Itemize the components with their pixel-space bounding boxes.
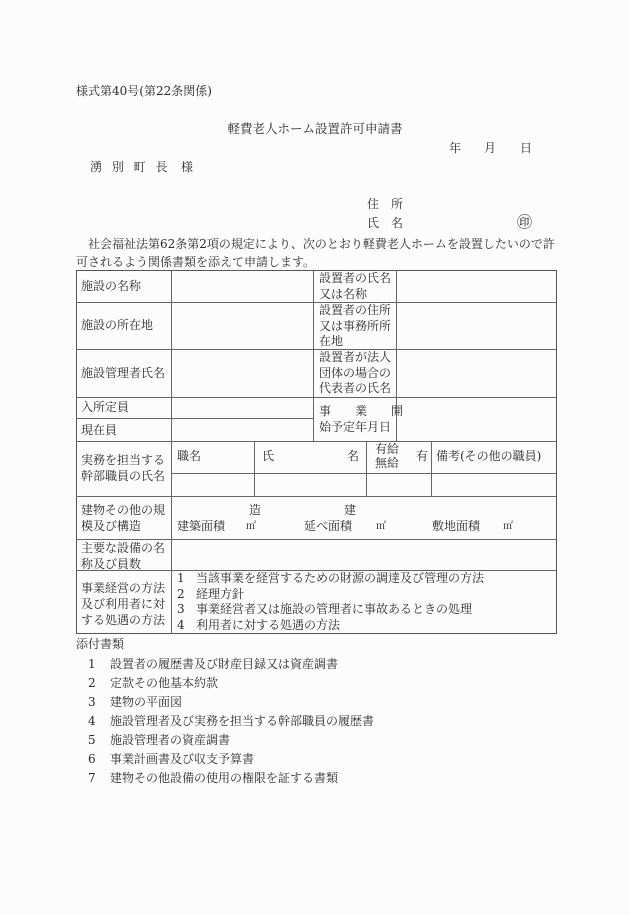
start-date-field[interactable] (397, 398, 555, 440)
label-line: 始予定年月日 (319, 420, 403, 436)
label-line: 代表者の氏名 (319, 381, 391, 397)
attachment-item: 7建物その他設備の使用の権限を証する書類 (88, 771, 338, 785)
representative-label: 設置者が法人 団体の場合の 代表者の氏名 (319, 350, 391, 397)
attachment-item: 1設置者の履歴書及び財産目録又は資産調書 (88, 657, 338, 671)
facility-location-label: 施設の所在地 (81, 318, 153, 334)
equipment-label: 主要な設備の名 称及び員数 (81, 541, 165, 572)
staff-has-header: 有 (416, 449, 428, 465)
item-number: 3 (88, 695, 110, 709)
management-item: 4利用者に対する処遇の方法 (177, 618, 484, 634)
label-line: する処遇の方法 (81, 612, 165, 628)
founder-address-field[interactable] (397, 303, 555, 348)
label-line: 主要な設備の名 (81, 541, 165, 557)
item-number: 7 (88, 771, 110, 785)
unpaid-label: 無給 (375, 456, 399, 470)
label-line: 称及び員数 (81, 557, 165, 573)
manager-name-field[interactable] (172, 350, 312, 396)
founder-name-label: 設置者の氏名 又は名称 (319, 271, 391, 302)
label-line: 模及び構造 (81, 519, 165, 535)
label-line: 事業経営の方法 (81, 580, 165, 596)
staff-title-field[interactable] (172, 474, 253, 495)
management-item: 1当該事業を経営するための財源の調達及び管理の方法 (177, 571, 484, 587)
label-line: 幹部職員の氏名 (81, 469, 165, 485)
item-number: 2 (177, 587, 196, 603)
attachments-heading: 添付書類 (76, 637, 124, 651)
facility-name-label: 施設の名称 (81, 279, 141, 295)
management-label: 事業経営の方法 及び利用者に対 する処遇の方法 (81, 580, 165, 628)
item-number: 6 (88, 752, 110, 766)
staff-remarks-header: 備考(その他の職員) (436, 449, 541, 465)
capacity-label: 入所定員 (81, 400, 129, 416)
current-residents-label: 現在員 (81, 423, 117, 439)
floor-area-label: 延べ面積 (304, 519, 352, 535)
representative-field[interactable] (397, 350, 555, 396)
site-area-unit: ㎡ (503, 519, 513, 535)
item-number: 3 (177, 602, 196, 618)
item-text: 施設管理者の資産調書 (110, 733, 230, 747)
item-text: 事業経営者又は施設の管理者に事故あるときの処理 (196, 602, 472, 616)
staff-paid-field[interactable] (367, 474, 430, 495)
staff-paid-header: 有給 無給 (375, 442, 399, 470)
form-number: 様式第40号(第22条関係) (76, 84, 212, 98)
item-text: 当該事業を経営するための財源の調達及び管理の方法 (196, 571, 484, 585)
date-day-label: 日 (520, 141, 532, 155)
date-year-label: 年 (449, 141, 461, 155)
founder-name-field[interactable] (397, 271, 555, 301)
label-line: 団体の場合の (319, 366, 391, 382)
document-title: 軽費老人ホーム設置許可申請書 (0, 122, 630, 136)
floor-area-unit: ㎡ (376, 519, 386, 535)
staff-name-field[interactable] (255, 474, 365, 495)
label-line: 建物その他の規 (81, 503, 165, 519)
building-area-unit: ㎡ (246, 519, 256, 535)
management-list: 1当該事業を経営するための財源の調達及び管理の方法 2経理方針 3事業経営者又は… (177, 571, 484, 633)
item-text: 定款その他基本約款 (110, 676, 218, 690)
label-line: 及び利用者に対 (81, 596, 165, 612)
staff-name-header-first: 氏 (262, 449, 274, 465)
label-line: 実務を担当する (81, 453, 165, 469)
staff-label: 実務を担当する 幹部職員の氏名 (81, 453, 165, 484)
label-line: 又は名称 (319, 287, 391, 303)
label-line: 設置者の氏名 (319, 271, 391, 287)
application-statement: 社会福祉法第62条第2項の規定により、次のとおり軽費老人ホームを設置したいので許… (76, 235, 556, 271)
building-area-label: 建築面積 (177, 519, 225, 535)
paid-label: 有給 (375, 442, 399, 456)
item-number: 2 (88, 676, 110, 690)
label-line: 事 業 開 (319, 404, 403, 420)
label-line: 在地 (319, 334, 391, 350)
label-line: 設置者が法人 (319, 350, 391, 366)
row-divider (76, 496, 557, 497)
item-number: 5 (88, 733, 110, 747)
item-text: 建物その他設備の使用の権限を証する書類 (110, 771, 338, 785)
applicant-name-label: 氏 名 (367, 216, 403, 230)
site-area-label: 敷地面積 (432, 519, 480, 535)
item-number: 4 (177, 618, 196, 634)
structure-label: 造 (249, 503, 261, 519)
staff-remarks-field[interactable] (432, 474, 555, 495)
seal-icon: ㊞ (517, 215, 532, 230)
item-number: 1 (88, 657, 110, 671)
facility-name-field[interactable] (172, 271, 312, 301)
item-text: 施設管理者及び実務を担当する幹部職員の履歴書 (110, 714, 374, 728)
founder-address-label: 設置者の住所 又は事務所所 在地 (319, 303, 391, 350)
item-text: 建物の平面図 (110, 695, 182, 709)
attachment-item: 5施設管理者の資産調書 (88, 733, 230, 747)
attachment-item: 2定款その他基本約款 (88, 676, 218, 690)
start-date-label: 事 業 開 始予定年月日 (319, 404, 403, 435)
management-item: 3事業経営者又は施設の管理者に事故あるときの処理 (177, 602, 484, 618)
capacity-field[interactable] (172, 398, 312, 417)
staff-title-header: 職名 (177, 449, 201, 465)
current-residents-field[interactable] (172, 419, 312, 440)
manager-name-label: 施設管理者氏名 (81, 366, 165, 382)
row-divider (76, 441, 557, 442)
management-item: 2経理方針 (177, 587, 484, 603)
equipment-field[interactable] (172, 540, 555, 569)
attachment-item: 3建物の平面図 (88, 695, 182, 709)
addressee: 湧 別 町 長 (90, 160, 170, 174)
item-number: 4 (88, 714, 110, 728)
applicant-address-label: 住 所 (367, 197, 403, 211)
building-label: 建物その他の規 模及び構造 (81, 503, 165, 534)
facility-location-field[interactable] (172, 303, 312, 348)
item-number: 1 (177, 571, 196, 587)
attachment-item: 4施設管理者及び実務を担当する幹部職員の履歴書 (88, 714, 374, 728)
label-line: 設置者の住所 (319, 303, 391, 319)
label-line: 又は事務所所 (319, 319, 391, 335)
item-text: 事業計画書及び収支予算書 (110, 752, 254, 766)
col-divider (313, 270, 314, 441)
date-month-label: 月 (484, 141, 496, 155)
item-text: 利用者に対する処遇の方法 (196, 618, 340, 632)
staff-name-header-last: 名 (347, 449, 359, 465)
item-text: 経理方針 (196, 587, 244, 601)
honorific: 様 (181, 160, 193, 174)
attachment-item: 6事業計画書及び収支予算書 (88, 752, 254, 766)
item-text: 設置者の履歴書及び財産目録又は資産調書 (110, 657, 338, 671)
building-type-label: 建 (344, 503, 356, 519)
